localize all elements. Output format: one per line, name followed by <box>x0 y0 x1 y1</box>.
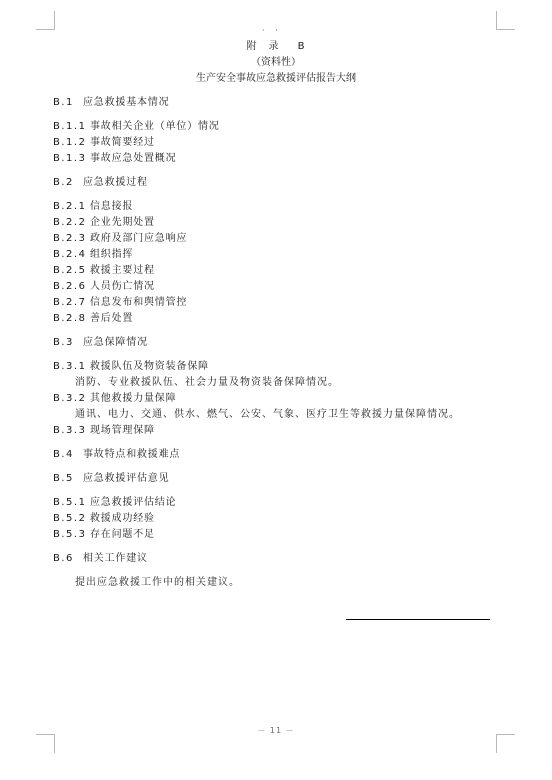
subsection-label: 组织指挥 <box>90 249 133 260</box>
subsection-item: B.5.2救援成功经验 <box>53 512 155 526</box>
section-heading: B.5应急救援评估意见 <box>53 472 169 486</box>
section-label: 应急救援基本情况 <box>83 97 169 108</box>
subsection-item: B.2.1信息接报 <box>53 200 133 214</box>
subsection-label: 人员伤亡情况 <box>90 281 155 292</box>
section-heading: B.1应急救援基本情况 <box>53 96 169 110</box>
subsection-label: 其他救援力量保障 <box>90 393 176 404</box>
subsection-body: 消防、专业救援队伍、社会力量及物资装备保障情况。 <box>75 376 339 390</box>
crop-mark-top-right <box>496 11 515 30</box>
subsection-label: 现场管理保障 <box>90 425 155 436</box>
section-body: 提出应急救援工作中的相关建议。 <box>75 576 240 590</box>
subsection-item: B.2.3政府及部门应急响应 <box>53 232 187 246</box>
header-dots: · · <box>262 26 282 35</box>
subsection-item: B.2.5救援主要过程 <box>53 264 155 278</box>
crop-mark-bottom-right <box>496 734 515 753</box>
appendix-letter: B <box>298 41 306 52</box>
subsection-number: B.5.2 <box>53 512 90 526</box>
subsection-label: 救援主要过程 <box>90 265 155 276</box>
subsection-number: B.5.1 <box>53 496 90 510</box>
crop-mark-top-left <box>36 11 55 30</box>
subsection-label: 信息发布和舆情管控 <box>90 297 187 308</box>
subsection-label: 事故简要经过 <box>90 137 155 148</box>
section-number: B.5 <box>53 472 83 486</box>
subsection-number: B.1.1 <box>53 120 90 134</box>
section-number: B.6 <box>53 552 83 566</box>
subsection-label: 善后处置 <box>90 313 133 324</box>
subsection-number: B.2.3 <box>53 232 90 246</box>
subsection-item: B.2.2企业先期处置 <box>53 216 155 230</box>
section-number: B.3 <box>53 336 83 350</box>
subsection-item: B.1.1事故相关企业（单位）情况 <box>53 120 220 134</box>
subsection-label: 救援队伍及物资装备保障 <box>90 361 209 372</box>
section-label: 应急救援过程 <box>83 177 148 188</box>
page-number: － 11 － <box>0 725 552 736</box>
subsection-number: B.2.1 <box>53 200 90 214</box>
document-title: 生产安全事故应急救援评估报告大纲 <box>0 72 552 86</box>
section-number: B.1 <box>53 96 83 110</box>
subsection-label: 事故应急处置概况 <box>90 153 176 164</box>
subsection-label: 政府及部门应急响应 <box>90 233 187 244</box>
subsection-item: B.2.4组织指挥 <box>53 248 133 262</box>
end-rule <box>346 619 490 620</box>
subsection-number: B.2.5 <box>53 264 90 278</box>
section-label: 应急救援评估意见 <box>83 473 169 484</box>
subsection-item: B.1.2事故简要经过 <box>53 136 155 150</box>
subsection-item: B.5.3存在问题不足 <box>53 528 155 542</box>
subsection-number: B.3.1 <box>53 360 90 374</box>
section-label: 应急保障情况 <box>83 337 148 348</box>
subsection-item: B.2.8善后处置 <box>53 312 133 326</box>
section-number: B.2 <box>53 176 83 190</box>
subsection-number: B.1.3 <box>53 152 90 166</box>
subsection-label: 信息接报 <box>90 201 133 212</box>
subsection-body: 通讯、电力、交通、供水、燃气、公安、气象、医疗卫生等救援力量保障情况。 <box>75 408 460 422</box>
subsection-number: B.5.3 <box>53 528 90 542</box>
appendix-label: 附 录 <box>247 41 280 52</box>
subsection-item: B.3.1救援队伍及物资装备保障 <box>53 360 209 374</box>
subsection-number: B.1.2 <box>53 136 90 150</box>
appendix-heading: 附 录B <box>0 40 552 54</box>
subsection-label: 企业先期处置 <box>90 217 155 228</box>
subsection-item: B.2.7信息发布和舆情管控 <box>53 296 187 310</box>
subsection-number: B.3.3 <box>53 424 90 438</box>
subsection-item: B.5.1应急救援评估结论 <box>53 496 176 510</box>
subsection-label: 事故相关企业（单位）情况 <box>90 121 220 132</box>
subsection-item: B.3.3现场管理保障 <box>53 424 155 438</box>
section-number: B.4 <box>53 448 83 462</box>
subsection-label: 存在问题不足 <box>90 529 155 540</box>
subsection-label: 应急救援评估结论 <box>90 497 176 508</box>
crop-mark-bottom-left <box>36 734 55 753</box>
subsection-number: B.2.8 <box>53 312 90 326</box>
subsection-number: B.3.2 <box>53 392 90 406</box>
section-heading: B.3应急保障情况 <box>53 336 148 350</box>
section-heading: B.4事故特点和救援难点 <box>53 448 180 462</box>
subsection-number: B.2.7 <box>53 296 90 310</box>
subsection-number: B.2.2 <box>53 216 90 230</box>
section-heading: B.2应急救援过程 <box>53 176 148 190</box>
section-heading: B.6相关工作建议 <box>53 552 148 566</box>
subsection-item: B.3.2其他救援力量保障 <box>53 392 176 406</box>
appendix-type: （资料性） <box>0 56 552 70</box>
subsection-number: B.2.4 <box>53 248 90 262</box>
subsection-number: B.2.6 <box>53 280 90 294</box>
subsection-label: 救援成功经验 <box>90 513 155 524</box>
section-label: 事故特点和救援难点 <box>83 449 180 460</box>
subsection-item: B.2.6人员伤亡情况 <box>53 280 155 294</box>
subsection-item: B.1.3事故应急处置概况 <box>53 152 176 166</box>
section-label: 相关工作建议 <box>83 553 148 564</box>
